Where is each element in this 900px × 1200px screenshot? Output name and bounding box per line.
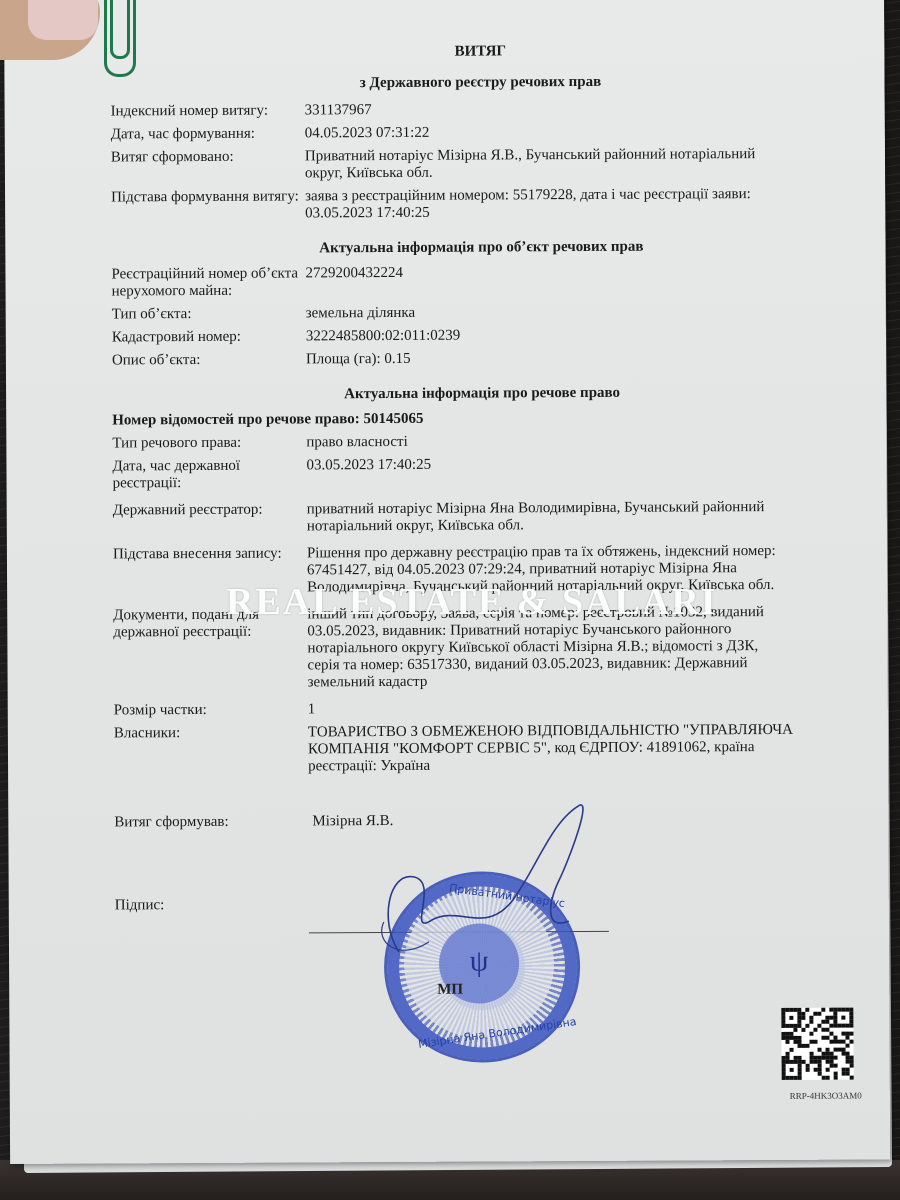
right-section-title: Актуальна інформація про речове право (112, 384, 792, 405)
field-label: Дата, час формування: (111, 125, 305, 143)
field-value: ТОВАРИСТВО З ОБМЕЖЕНОЮ ВІДПОВІДАЛЬНІСТЮ … (308, 722, 794, 776)
field-label: Кадастровий номер: (112, 328, 306, 346)
field-row: Дата, час державної реєстрації: 03.05.20… (112, 455, 792, 493)
field-value: приватний нотаріус Мізірна Яна Володимир… (307, 499, 793, 536)
field-row: Підстава формування витягу: заява з реєс… (111, 186, 791, 224)
field-label: Тип речового права: (112, 434, 306, 452)
field-value: 3222485800:02:011:0239 (306, 326, 792, 346)
object-fields: Реєстраційний номер об’єкта нерухомого м… (111, 263, 792, 370)
field-row: Індексний номер витягу: 331137967 (111, 100, 791, 121)
stamp-mp: МП (437, 982, 463, 999)
watermark: REAL ESTATE & SALARI (226, 580, 718, 624)
field-row: Тип об’єкта: земельна ділянка (112, 303, 792, 324)
field-label: Власники: (114, 724, 308, 776)
field-value: 1 (308, 699, 794, 719)
field-row: Тип речового права: право власності (112, 432, 792, 453)
paper-clip-inner (110, 0, 130, 59)
document-content: ВИТЯГ з Державного реєстру речових прав … (110, 42, 795, 915)
field-label: Індексний номер витягу: (111, 102, 305, 120)
field-row: Розмір частки: 1 (114, 699, 794, 720)
field-row: Власники: ТОВАРИСТВО З ОБМЕЖЕНОЮ ВІДПОВІ… (114, 722, 794, 777)
field-row: Реєстраційний номер об’єкта нерухомого м… (111, 263, 791, 301)
formed-by-row: Витяг сформував: Мізірна Я.В. (114, 811, 794, 832)
field-label: Витяг сформовано: (111, 148, 305, 183)
trident-icon: ψ (464, 941, 494, 981)
field-row: Опис об’єкта: Площа (га): 0.15 (112, 349, 792, 370)
field-value: 03.05.2023 17:40:25 (306, 455, 792, 492)
formed-by-value: Мізірна Я.В. (312, 811, 794, 831)
field-row: Державний реєстратор: приватний нотаріус… (113, 499, 793, 537)
document-subtitle: з Державного реєстру речових прав (110, 73, 790, 94)
field-value: Площа (га): 0.15 (306, 349, 792, 369)
formed-by-label: Витяг сформував: (114, 813, 312, 831)
field-value: 331137967 (305, 100, 791, 120)
header-fields: Індексний номер витягу: 331137967 Дата, … (111, 100, 792, 224)
qr-code (781, 1008, 853, 1080)
field-value: 2729200432224 (305, 263, 791, 300)
field-value: Приватний нотаріус Мізірна Я.В., Бучансь… (305, 146, 791, 183)
field-label: Державний реєстратор: (113, 501, 307, 536)
field-row: Дата, час формування: 04.05.2023 07:31:2… (111, 123, 791, 144)
field-label: Реєстраційний номер об’єкта нерухомого м… (111, 265, 305, 300)
field-label: Тип об’єкта: (112, 305, 306, 323)
fingernail (28, 0, 98, 40)
field-row: Витяг сформовано: Приватний нотаріус Міз… (111, 146, 791, 184)
field-label: Опис об’єкта: (112, 351, 306, 369)
record-number: Номер відомостей про речове право: 50145… (112, 409, 792, 430)
field-label: Дата, час державної реєстрації: (112, 457, 306, 492)
object-section-title: Актуальна інформація про об’єкт речових … (111, 238, 791, 259)
document-title: ВИТЯГ (110, 42, 790, 63)
field-value: право власності (306, 432, 792, 452)
signature-label: Підпис: (115, 896, 313, 914)
field-value: заява з реєстраційним номером: 55179228,… (305, 186, 791, 223)
field-row: Кадастровий номер: 3222485800:02:011:023… (112, 326, 792, 347)
field-label: Розмір частки: (114, 701, 308, 719)
field-label: Підстава формування витягу: (111, 188, 305, 223)
field-value: 04.05.2023 07:31:22 (305, 123, 791, 143)
field-value: земельна ділянка (306, 303, 792, 323)
qr-code-text: RRP-4HK3O3AM0 (790, 1091, 862, 1101)
